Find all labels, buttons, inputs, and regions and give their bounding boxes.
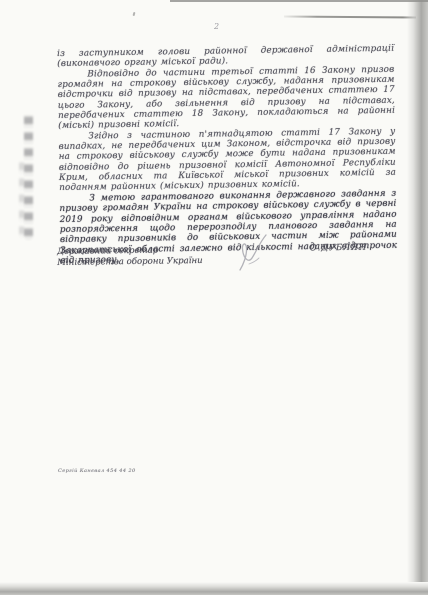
paragraph: Згідно з частиною п'ятнадцятою статті 17…	[58, 126, 396, 193]
signer-name: О.ДУБЛЯН	[310, 242, 395, 254]
signature-title: Державний секретар Міністерства оборони …	[57, 245, 203, 269]
document-body: із заступником голови районної державної…	[57, 44, 397, 266]
page-number: 2	[214, 22, 219, 31]
footer-contact: Сергій Канєвал 454 44 20	[58, 468, 136, 474]
scan-edge-top	[170, 0, 428, 2]
scan-artifact-smudge	[24, 112, 33, 240]
scan-hairline	[284, 16, 416, 18]
signature-block: Державний секретар Міністерства оборони …	[57, 242, 395, 269]
paragraph: Відповідно до частини третьої статті 16 …	[57, 64, 395, 131]
scan-shadow-right	[407, 0, 428, 595]
signature-icon	[233, 232, 277, 278]
scan-artifact-smudge	[19, 158, 24, 238]
scanned-document-page: 2 із заступником голови районної державн…	[0, 0, 428, 595]
scan-artifact-dot	[133, 12, 136, 16]
signature-title-line2: Міністерства оборони України	[57, 256, 203, 269]
scan-shadow-bottom	[0, 582, 428, 595]
